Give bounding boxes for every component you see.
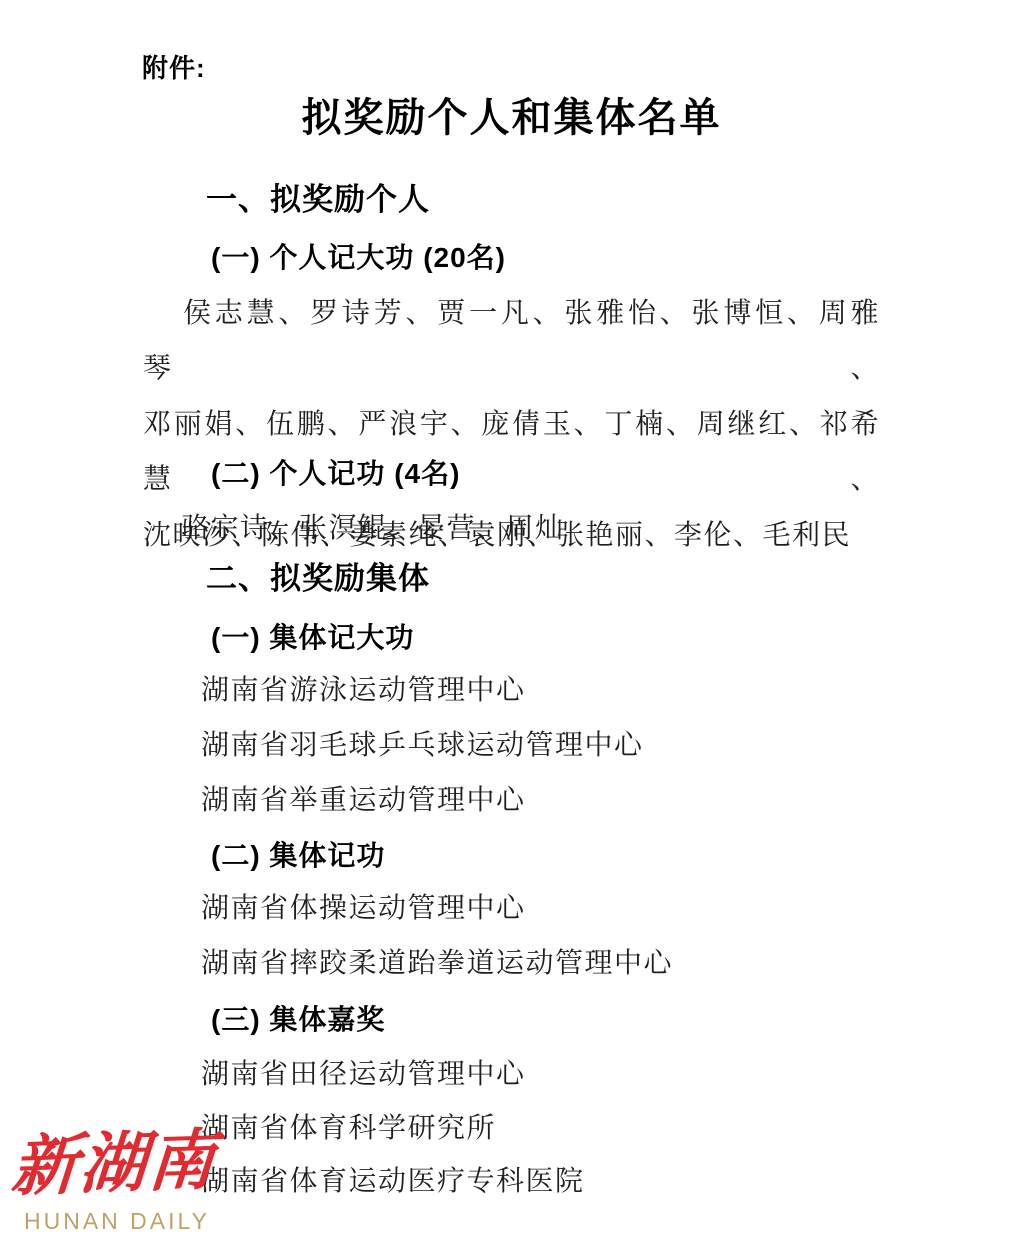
document-title: 拟奖励个人和集体名单 (0, 96, 1023, 141)
subheading-collective-merit: (二) 集体记功 (211, 840, 385, 871)
collective-item: 湖南省体操运动管理中心 (143, 893, 526, 925)
attachment-label: 附件: (142, 54, 206, 83)
logo-brand-calligraphy: 新湖南 (9, 1122, 219, 1205)
section-heading-individuals: 一、拟奖励个人 (206, 183, 430, 218)
subheading-collective-major-merit: (一) 集体记大功 (211, 622, 414, 653)
names-line: 邓丽娟、伍鹏、严浪宇、庞倩玉、丁楠、周继红、祁希慧、 (143, 397, 880, 508)
collective-item: 湖南省田径运动管理中心 (143, 1059, 526, 1091)
subheading-individual-major-merit: (一) 个人记大功 (20名) (211, 242, 506, 273)
names-line: 侯志慧、罗诗芳、贾一凡、张雅怡、张博恒、周雅琴、 (143, 286, 880, 397)
hunan-daily-logo: 新湖南 HUNAN DAILY (12, 1126, 216, 1235)
collective-item: 湖南省游泳运动管理中心 (143, 675, 526, 707)
collective-item: 湖南省羽毛球乒乓球运动管理中心 (143, 730, 644, 762)
collective-item: 湖南省摔跤柔道跆拳道运动管理中心 (143, 948, 673, 980)
section-heading-collectives: 二、拟奖励集体 (206, 562, 430, 597)
subheading-collective-commendation: (三) 集体嘉奖 (211, 1004, 385, 1035)
individual-merit-names: 骆宗诗、张溟鲲、晏营、周灿 (143, 513, 565, 545)
document-page: 附件: 拟奖励个人和集体名单 一、拟奖励个人 (一) 个人记大功 (20名) 侯… (0, 0, 1023, 1253)
subheading-individual-merit: (二) 个人记功 (4名) (211, 458, 460, 489)
logo-subtitle: HUNAN DAILY (24, 1208, 216, 1235)
collective-item: 湖南省举重运动管理中心 (143, 785, 526, 817)
